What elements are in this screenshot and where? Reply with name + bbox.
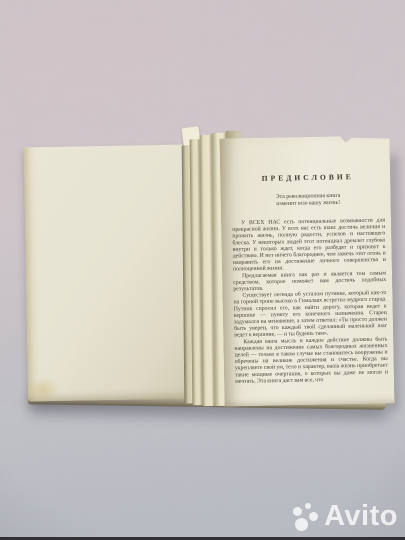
avito-logo-icon <box>292 502 319 531</box>
preface-heading: ПРЕДИСЛОВИЕ <box>231 173 384 184</box>
avito-brand-text: Avito <box>324 502 398 531</box>
preface-page: ПРЕДИСЛОВИЕ Эта революционная книга изме… <box>219 135 394 406</box>
preface-paragraph: У ВСЕХ НАС есть потенциальные возможност… <box>232 216 386 272</box>
preface-text-block: ПРЕДИСЛОВИЕ Эта революционная книга изме… <box>231 173 388 404</box>
page-stain <box>26 377 60 404</box>
avito-watermark: Avito <box>292 502 398 531</box>
preface-paragraph: Существует легенда об усталом путнике, к… <box>233 289 387 338</box>
book-listing-photo: ПРЕДИСЛОВИЕ Эта революционная книга изме… <box>0 0 405 540</box>
preface-subtitle: Эта революционная книга изменит всю вашу… <box>232 191 385 207</box>
left-blank-page <box>24 145 190 402</box>
preface-paragraph: Каждая ваша мысль и каждое действие долж… <box>234 335 388 384</box>
